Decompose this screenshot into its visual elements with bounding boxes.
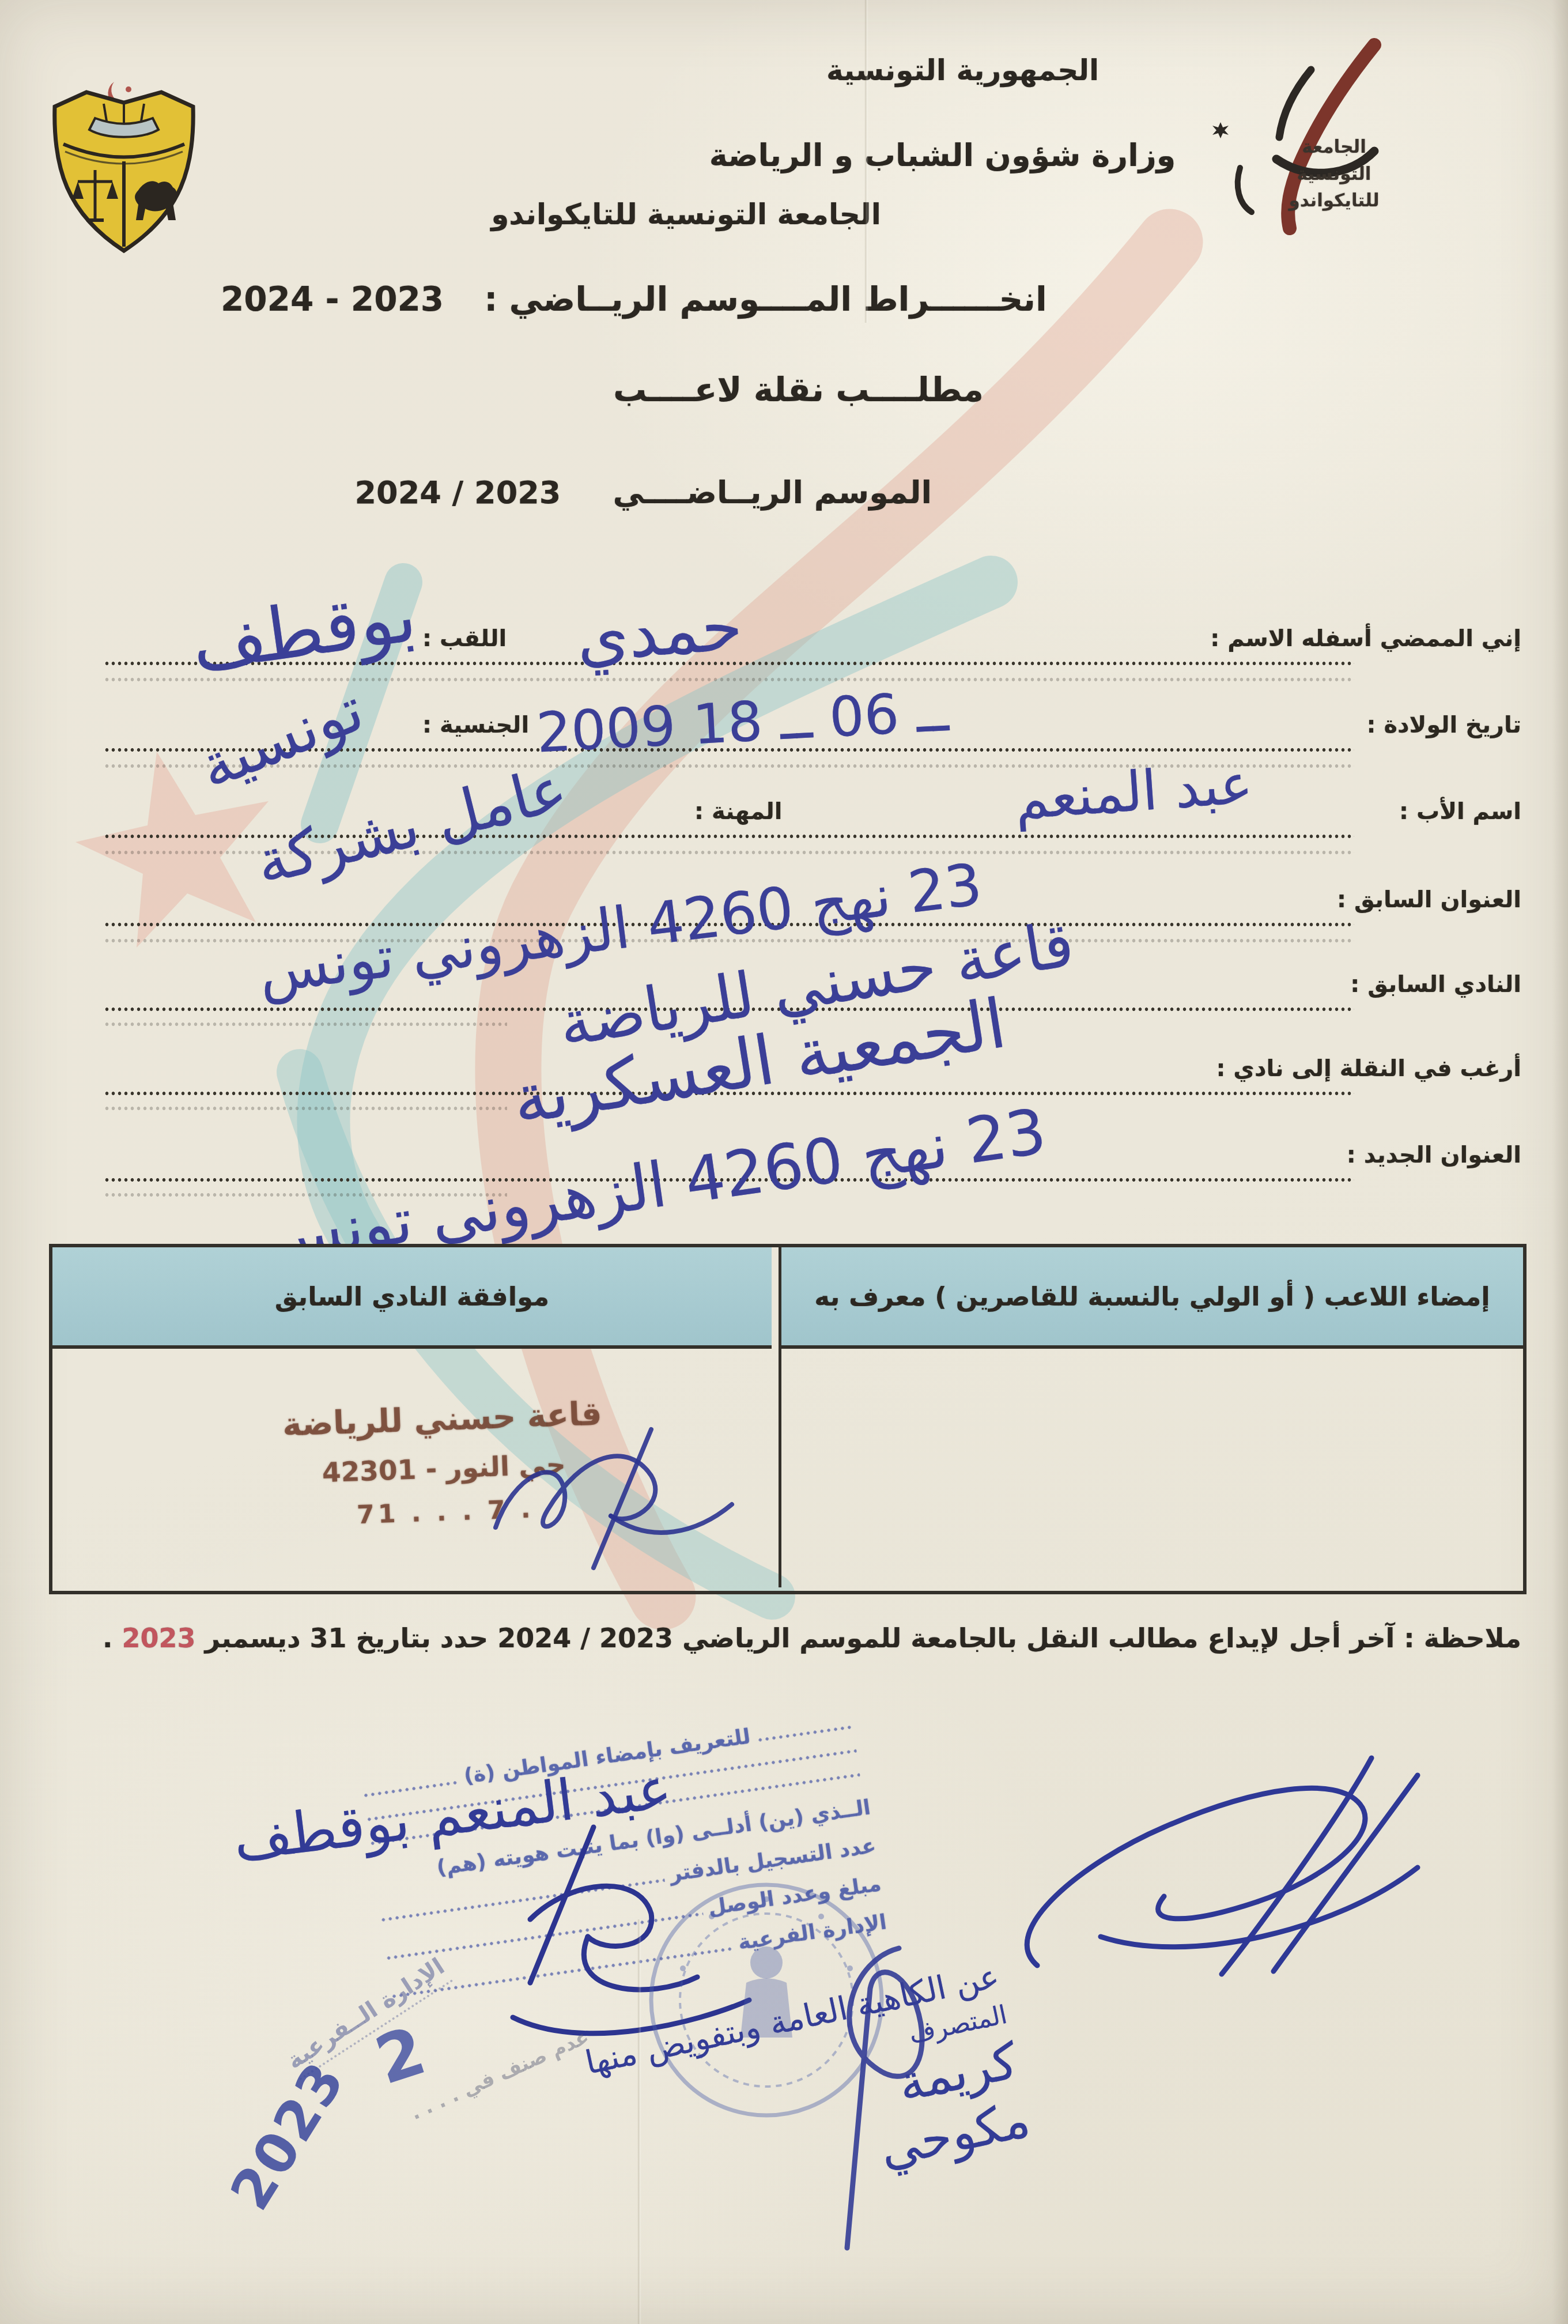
scanned-transfer-form: الجامعة التونسية للتايكواندو الجمهورية ا… [0,0,1568,2324]
tunisia-coat-of-arms-icon [46,69,202,259]
header-federation: الجامعة التونسية للتايكواندو [491,199,881,231]
deadline-note: ملاحظة : آخر أجل لإيداع مطالب النقل بالج… [103,1623,1521,1654]
table-header-old-club-approval: موافقة النادي السابق [52,1247,772,1349]
note-suffix: حدد بتاريخ 31 ديسمبر [205,1623,489,1654]
logo-line: للتايكواندو [1282,187,1386,214]
header-ministry: وزارة شؤون الشباب و الرياضة [709,138,1176,172]
handwritten-first-name: حمدي [574,588,745,677]
logo-line: الجامعة [1282,134,1386,161]
note-prefix: ملاحظة : آخر أجل لإيداع مطالب النقل بالج… [682,1623,1521,1654]
field-label-lastname: اللقب : [422,625,507,652]
dotted-line-echo [104,677,1354,682]
note-year-red: 2023 [122,1623,196,1654]
stamp-dotted-leader [757,1725,854,1742]
table-header-old-club-approval-label: موافقة النادي السابق [275,1281,549,1312]
field-label-name: إني الممضي أسفله الاسم : [1210,625,1521,652]
dotted-line-echo [104,1022,507,1027]
table-cell-player-signature [779,1349,1523,1587]
paper-crease [864,0,868,323]
federation-logo-text: الجامعة التونسية للتايكواندو [1282,134,1386,214]
header-enrollment-line: انخــــــراط المــــوسم الريــاضي :2024 … [221,281,1047,318]
field-label-old-address: العنوان السابق : [1337,886,1521,913]
field-label-nationality: الجنسية : [422,712,529,738]
note-period: . [103,1623,112,1654]
old-club-signature [478,1406,743,1579]
field-label-new-address: العنوان الجديد : [1347,1142,1521,1168]
field-label-father: اسم الأب : [1399,798,1521,825]
scan-edge-shadow [1552,0,1568,2324]
season-years: 2024 / 2023 [354,474,561,511]
field-label-old-club: النادي السابق : [1350,971,1521,998]
enrollment-years: 2024 - 2023 [221,280,444,319]
enrollment-label: انخــــــراط المــــوسم الريــاضي : [484,280,1047,319]
note-years: 2024 / 2023 [497,1623,673,1654]
field-label-job: المهنة : [694,798,782,825]
table-header-player-signature-label: إمضاء اللاعب ( أو الولي بالنسبة للقاصرين… [814,1281,1490,1312]
delegation-signature-loop [784,1937,934,2259]
field-label-birthdate: تاريخ الولادة : [1367,712,1522,738]
dotted-line-echo [104,1106,507,1111]
season-line: الموسم الريــاضــــي2024 / 2023 [354,476,932,510]
paper-crease [637,1919,641,2324]
logo-line: التونسية [1282,161,1386,188]
table-header-player-signature: إمضاء اللاعب ( أو الولي بالنسبة للقاصرين… [779,1247,1523,1349]
request-title: مطلــــب نقلة لاعــــب [613,372,984,409]
field-label-new-club: أرغب في النقلة إلى نادي : [1216,1055,1521,1082]
season-label: الموسم الريــاضــــي [613,474,932,511]
official-signature [1003,1741,1544,1989]
